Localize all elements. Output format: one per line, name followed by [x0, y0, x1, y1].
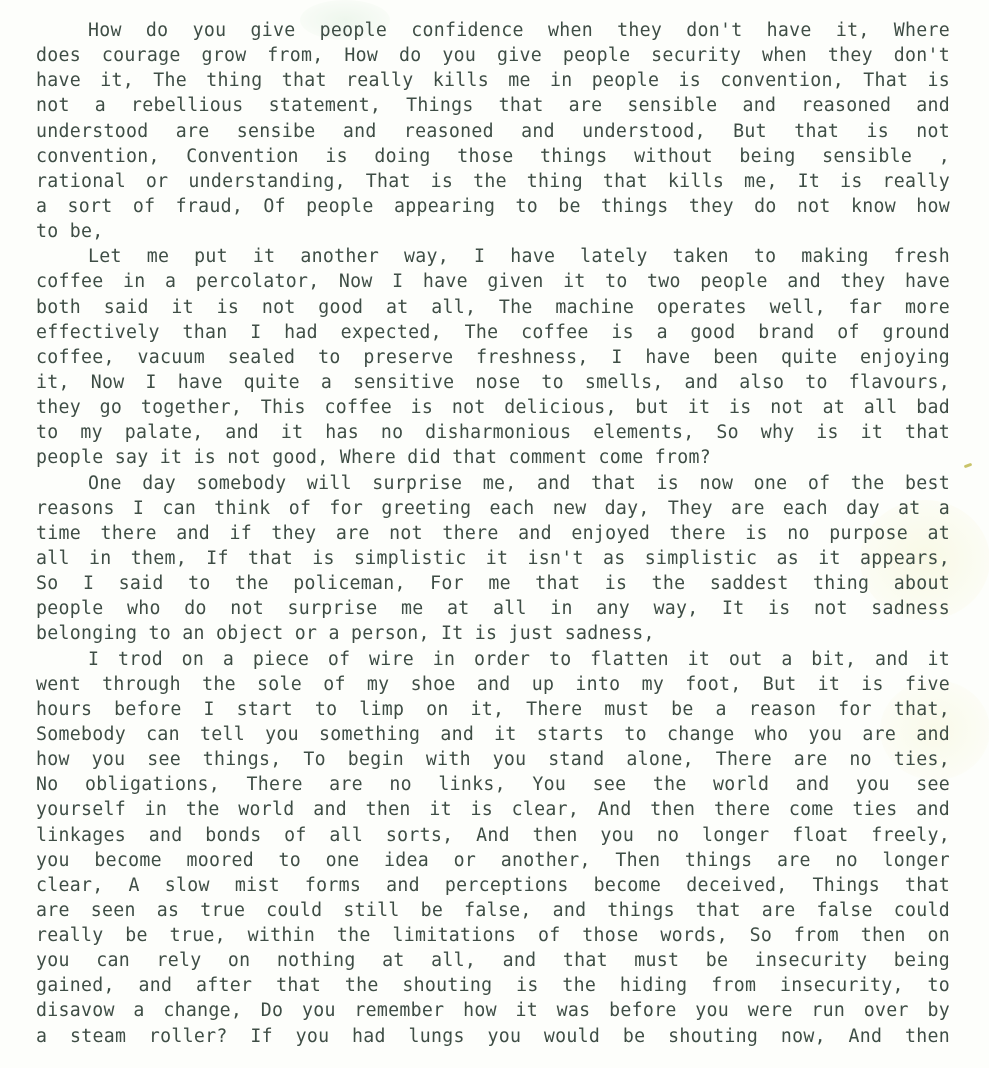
- text-line: yourself in the world and then it is cle…: [36, 797, 950, 822]
- text-line: disavow a change, Do you remember how it…: [36, 998, 950, 1023]
- text-line: belonging to an object or a person, It i…: [36, 621, 950, 646]
- text-line: reasons I can think of for greeting each…: [36, 496, 950, 521]
- paragraph: How do you give people confidence when t…: [36, 18, 950, 244]
- text-line: convention, Convention is doing those th…: [36, 144, 950, 169]
- text-line: Somebody can tell you something and it s…: [36, 722, 950, 747]
- text-line: went through the sole of my shoe and up …: [36, 672, 950, 697]
- text-line: One day somebody will surprise me, and t…: [36, 471, 950, 496]
- text-line: Let me put it another way, I have lately…: [36, 244, 950, 269]
- text-line: to my palate, and it has no disharmoniou…: [36, 420, 950, 445]
- text-line: people who do not surprise me at all in …: [36, 596, 950, 621]
- text-line: are seen as true could still be false, a…: [36, 898, 950, 923]
- text-line: you can rely on nothing at all, and that…: [36, 948, 950, 973]
- text-line: understood are sensibe and reasoned and …: [36, 119, 950, 144]
- paragraph: One day somebody will surprise me, and t…: [36, 471, 950, 647]
- text-line: you become moored to one idea or another…: [36, 848, 950, 873]
- paragraph: Let me put it another way, I have lately…: [36, 244, 950, 470]
- text-line: So I said to the policeman, For me that …: [36, 571, 950, 596]
- text-line: to be,: [36, 219, 950, 244]
- text-line: they go together, This coffee is not del…: [36, 395, 950, 420]
- text-line: really be true, within the limitations o…: [36, 923, 950, 948]
- text-line: all in them, If that is simplistic it is…: [36, 546, 950, 571]
- typed-text-body: How do you give people confidence when t…: [36, 18, 950, 1049]
- paragraph: I trod on a piece of wire in order to fl…: [36, 647, 950, 1049]
- ink-speck: [964, 463, 973, 469]
- text-line: clear, A slow mist forms and perceptions…: [36, 873, 950, 898]
- text-line: How do you give people confidence when t…: [36, 18, 950, 43]
- text-line: No obligations, There are no links, You …: [36, 772, 950, 797]
- text-line: I trod on a piece of wire in order to fl…: [36, 647, 950, 672]
- text-line: have it, The thing that really kills me …: [36, 68, 950, 93]
- text-line: time there and if they are not there and…: [36, 521, 950, 546]
- text-line: how you see things, To begin with you st…: [36, 747, 950, 772]
- text-line: it, Now I have quite a sensitive nose to…: [36, 370, 950, 395]
- text-line: hours before I start to limp on it, Ther…: [36, 697, 950, 722]
- text-line: both said it is not good at all, The mac…: [36, 295, 950, 320]
- text-line: coffee in a percolator, Now I have given…: [36, 269, 950, 294]
- text-line: a steam roller? If you had lungs you wou…: [36, 1024, 950, 1049]
- text-line: a sort of fraud, Of people appearing to …: [36, 194, 950, 219]
- text-line: effectively than I had expected, The cof…: [36, 320, 950, 345]
- text-line: not a rebellious statement, Things that …: [36, 93, 950, 118]
- scanned-page: How do you give people confidence when t…: [0, 0, 989, 1068]
- text-line: does courage grow from, How do you give …: [36, 43, 950, 68]
- text-line: linkages and bonds of all sorts, And the…: [36, 823, 950, 848]
- text-line: gained, and after that the shouting is t…: [36, 973, 950, 998]
- text-line: coffee, vacuum sealed to preserve freshn…: [36, 345, 950, 370]
- text-line: people say it is not good, Where did tha…: [36, 445, 950, 470]
- text-line: rational or understanding, That is the t…: [36, 169, 950, 194]
